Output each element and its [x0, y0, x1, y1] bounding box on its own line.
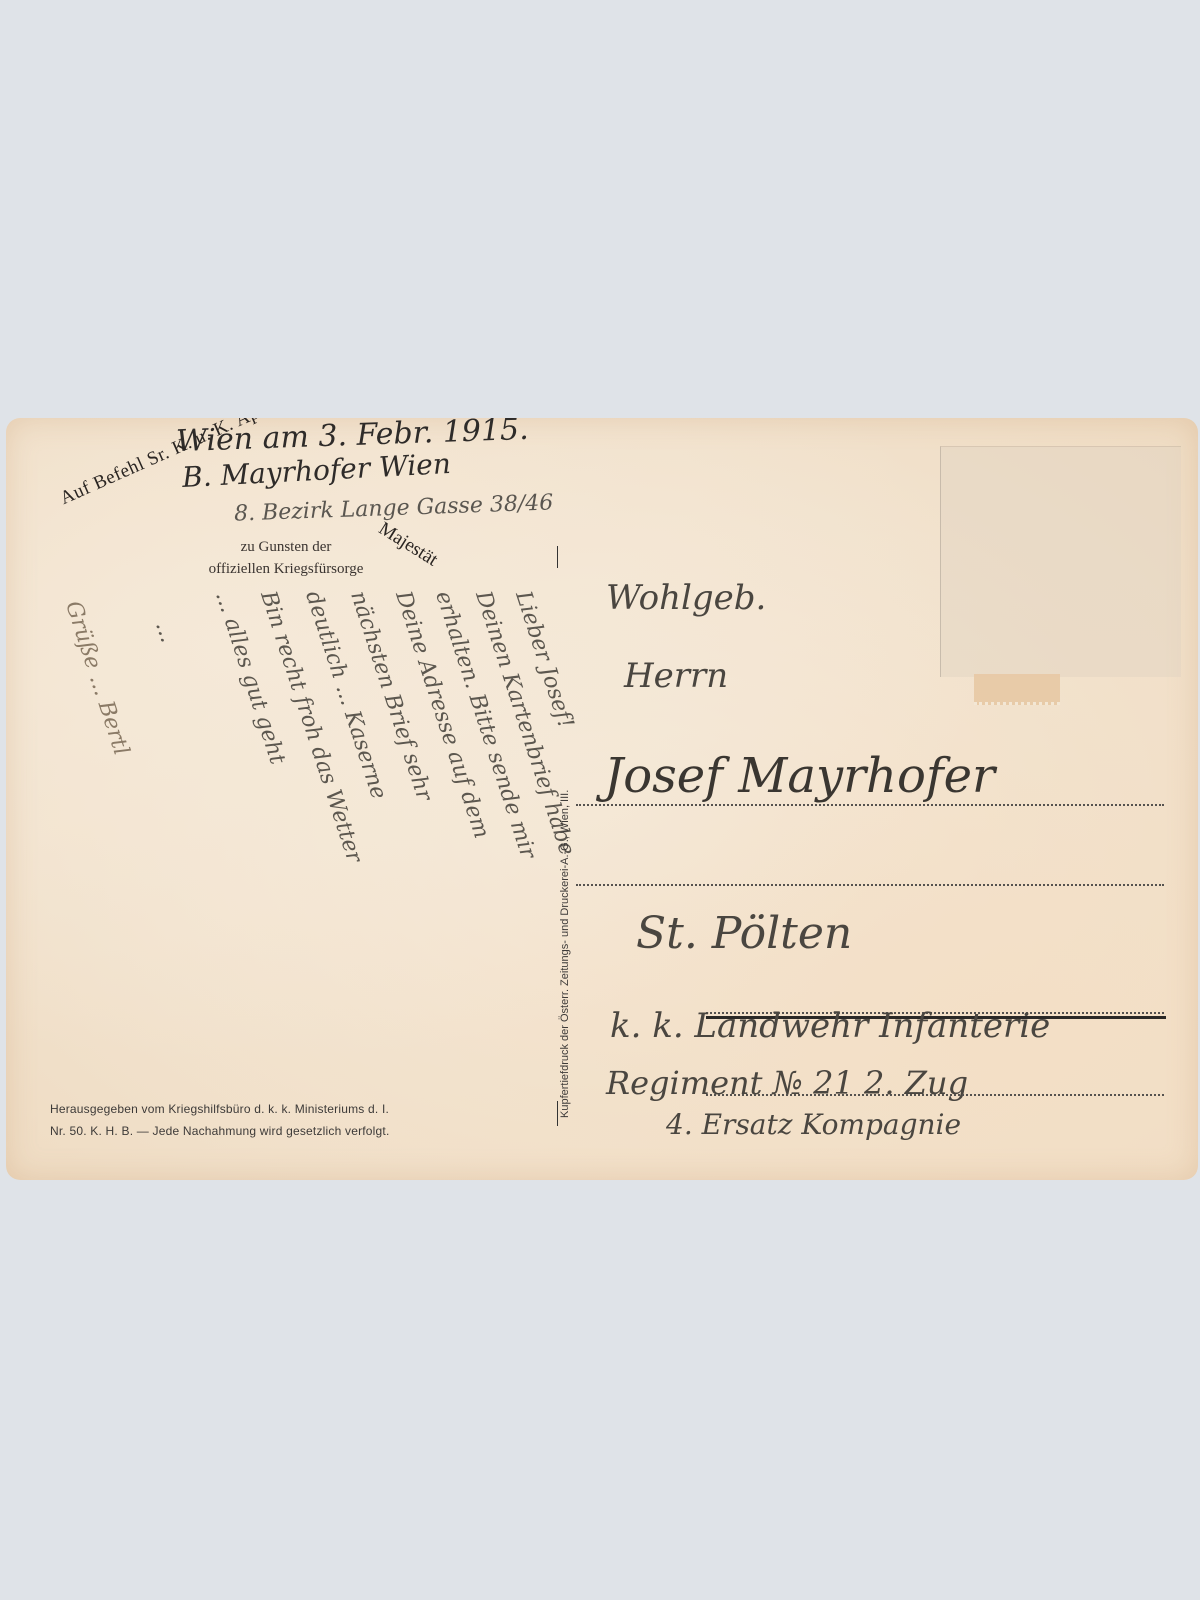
letter-body: Lieber Josef! Deinen Kartenbrief habe er… [24, 578, 544, 1178]
imprint-line1: Herausgegeben vom Kriegshilfsbüro d. k. … [50, 1098, 389, 1120]
stamp-placeholder-area [940, 446, 1181, 677]
imprint-line2: Nr. 50. K. H. B. — Jede Nachahmung wird … [50, 1120, 389, 1142]
address-line-1 [576, 804, 1164, 806]
printer-credit: Kupfertiefdruck der Österr. Zeitungs- un… [559, 790, 571, 1118]
stamp-remnant [974, 674, 1060, 705]
publisher-imprint: Herausgegeben vom Kriegshilfsbüro d. k. … [50, 1098, 389, 1142]
address-title: Herrn [624, 656, 728, 696]
address-unit-line1: k. k. Landwehr Infanterie [610, 1006, 1050, 1046]
printed-charity-text: zu Gunsten der offiziellen Kriegsfürsorg… [186, 536, 386, 580]
printed-charity-line1: zu Gunsten der [186, 536, 386, 558]
handwritten-sender-address: 8. Bezirk Lange Gasse 38/46 [234, 490, 554, 526]
address-salutation: Wohlgeb. [606, 578, 766, 618]
address-unit-line2: Regiment № 21 2. Zug [606, 1064, 968, 1102]
address-line-4 [706, 1094, 1164, 1096]
printed-charity-line2: offiziellen Kriegsfürsorge [186, 558, 386, 580]
address-city: St. Pölten [636, 908, 852, 959]
postcard: Wien am 3. Febr. 1915. B. Mayrhofer Wien… [6, 418, 1198, 1180]
address-recipient-name: Josef Mayrhofer [604, 748, 995, 804]
address-unit-line3: 4. Ersatz Kompagnie [666, 1108, 961, 1141]
address-line-2 [576, 884, 1164, 886]
letter-line: Grüße ... Bertl [60, 598, 133, 758]
letter-line: ... [150, 618, 180, 646]
